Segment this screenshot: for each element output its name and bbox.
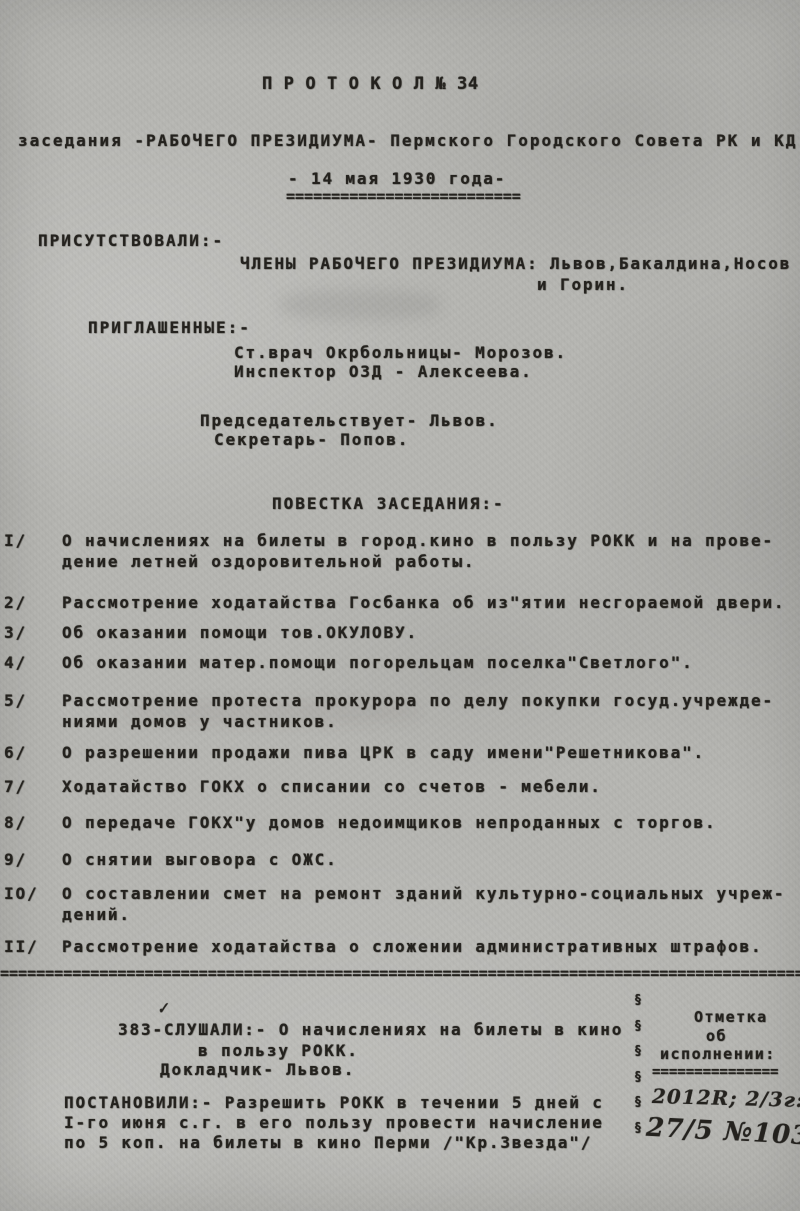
agenda-item-number: 4/ <box>4 652 27 673</box>
execution-note-rule: =============== <box>652 1064 778 1080</box>
handwritten-checkmark: ✓ <box>156 1000 171 1018</box>
agenda-item-text: Ходатайство ГОКХ о списании со счетов - … <box>62 776 602 797</box>
present-members-line2: и Горин. <box>537 274 629 295</box>
document-title: П Р О Т О К О Л № 34 <box>262 74 479 94</box>
agenda-item-text: Рассмотрение протеста прокурора по делу … <box>62 690 774 732</box>
agenda-item-number: IO/ <box>4 883 38 904</box>
invited-label: ПРИГЛАШЕННЫЕ:- <box>88 318 251 337</box>
agenda-item-number: 5/ <box>4 690 27 711</box>
agenda-item-number: 9/ <box>4 849 27 870</box>
agenda-item-text: О составлении смет на ремонт зданий куль… <box>62 883 785 925</box>
agenda-item-number: I/ <box>4 530 27 551</box>
date-rule: ========================== <box>286 187 521 205</box>
heard-line-3: Докладчик- Львов. <box>160 1059 355 1080</box>
agenda-item-text: Рассмотрение ходатайства о сложении адми… <box>62 936 762 957</box>
scanned-protocol-page: П Р О Т О К О Л № 34 заседания -РАБОЧЕГО… <box>0 0 800 1211</box>
chairman-line: Председательствует- Львов. <box>200 410 499 431</box>
invited-entry-1: Ст.врач Окрбольницы- Морозов. <box>234 342 567 363</box>
margin-separator-column-2: § § <box>634 1090 642 1141</box>
document-subtitle: заседания -РАБОЧЕГО ПРЕЗИДИУМА- Пермског… <box>18 130 797 151</box>
resolved-line-3: по 5 коп. на билеты в кино Перми /"Кр.Зв… <box>64 1132 592 1153</box>
agenda-item-text: Рассмотрение ходатайства Госбанка об из"… <box>62 592 785 613</box>
margin-separator-column: § § § § <box>634 988 642 1090</box>
execution-note-line-2: об <box>706 1027 727 1046</box>
agenda-item-number: 3/ <box>4 622 27 643</box>
agenda-item-text: О начислениях на билеты в город.кино в п… <box>62 530 774 572</box>
handwritten-annotation-2: 27/5 №10357 <box>645 1113 800 1154</box>
invited-entry-2: Инспектор ОЗД - Алексеева. <box>234 361 533 382</box>
resolved-line-1: ПОСТАНОВИЛИ:- Разрешить РОКК в течении 5… <box>64 1092 604 1113</box>
resolved-line-2: I-го июня с.г. в его пользу провести нач… <box>64 1112 604 1133</box>
agenda-item-number: 2/ <box>4 592 27 613</box>
agenda-heading: ПОВЕСТКА ЗАСЕДАНИЯ:- <box>272 494 505 513</box>
heard-line-2: в пользу РОКК. <box>198 1040 359 1061</box>
agenda-item-number: II/ <box>4 936 38 957</box>
present-label: ПРИСУТСТВОВАЛИ:- <box>38 231 224 250</box>
paper-stain <box>280 290 440 320</box>
agenda-item-number: 8/ <box>4 812 27 833</box>
agenda-item-text: Об оказании матер.помощи погорельцам пос… <box>62 652 694 673</box>
agenda-item-text: О передаче ГОКХ"у домов недоимщиков непр… <box>62 812 717 833</box>
execution-note-line-1: Отметка <box>694 1008 768 1027</box>
present-members-line1: ЧЛЕНЫ РАБОЧЕГО ПРЕЗИДИУМА: Львов,Бакалди… <box>240 253 791 274</box>
handwritten-annotation-1: 2012R; 2/3г: <box>652 1084 800 1112</box>
heard-line-1: 383-СЛУШАЛИ:- О начислениях на билеты в … <box>118 1019 623 1040</box>
agenda-item-number: 6/ <box>4 742 27 763</box>
agenda-item-text: Об оказании помощи тов.ОКУЛОВУ. <box>62 622 418 643</box>
agenda-item-text: О разрешении продажи пива ЦРК в саду име… <box>62 742 705 763</box>
agenda-item-number: 7/ <box>4 776 27 797</box>
document-date: - 14 мая 1930 года- <box>288 168 506 189</box>
execution-note-line-3: исполнении: <box>660 1045 776 1064</box>
secretary-line: Секретарь- Попов. <box>214 429 409 450</box>
agenda-item-text: О снятии выговора с ОЖС. <box>62 849 338 870</box>
section-divider: ========================================… <box>0 964 800 982</box>
